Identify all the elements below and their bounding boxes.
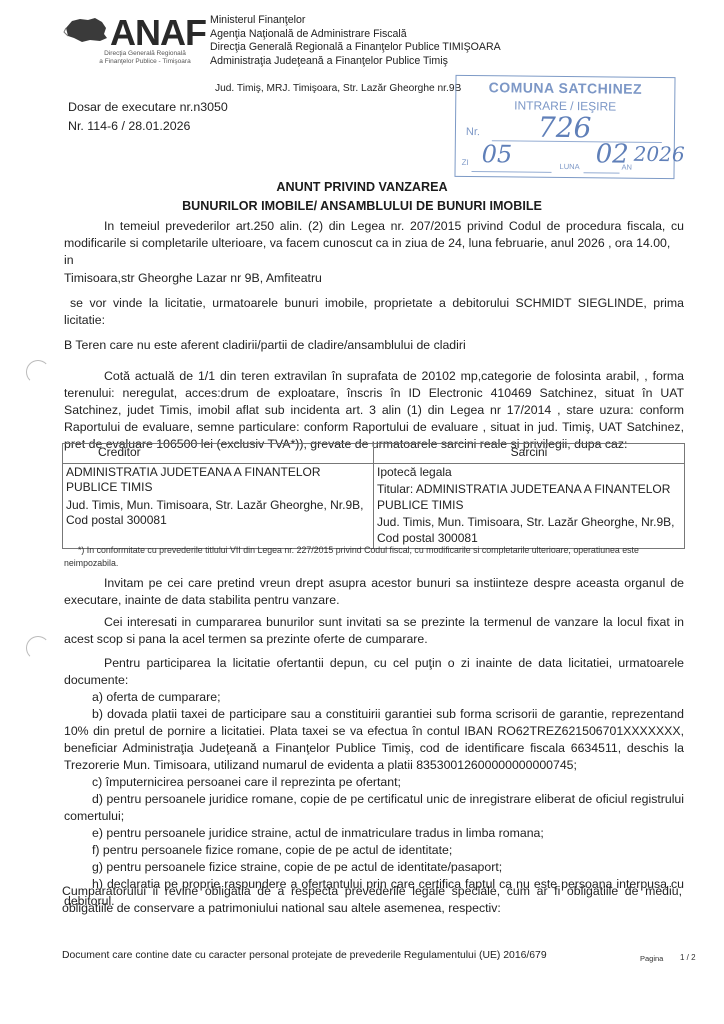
anaf-logo: ANAF Direcţia Generală Regională a Finan… bbox=[62, 10, 202, 70]
organization-block: Ministerul Finanţelor Agenţia Naţională … bbox=[210, 14, 501, 68]
logo-subtitle: Direcţia Generală Regională a Finanţelor… bbox=[90, 50, 200, 66]
encumbrances-table: Creditor Sarcini ADMINISTRATIA JUDETEANA… bbox=[62, 443, 685, 549]
dosar-number: Dosar de executare nr.n3050 bbox=[68, 98, 228, 117]
logo-text: ANAF bbox=[110, 12, 206, 54]
sarcina-holder: Titular: ADMINISTRATIA JUDETEANA A FINAN… bbox=[377, 482, 681, 513]
list-item: c) împuternicirea persoanei care il repr… bbox=[64, 774, 684, 791]
intro-in: in bbox=[64, 252, 684, 269]
creditor-name: ADMINISTRATIA JUDETEANA A FINANTELOR PUB… bbox=[66, 465, 370, 496]
list-item: g) pentru persoanele fizice straine, cop… bbox=[64, 859, 684, 876]
stamp-day-value: 05 bbox=[482, 140, 513, 168]
stamp-title: COMUNA SATCHINEZ bbox=[456, 79, 674, 97]
romania-map-icon bbox=[62, 16, 110, 44]
office-address: Jud. Timiş, MRJ. Timişoara, Str. Lazăr G… bbox=[215, 83, 461, 94]
org-line: Direcţia Generală Regională a Finanţelor… bbox=[210, 41, 501, 55]
document-subtitle: BUNURILOR IMOBILE/ ANSAMBLULUI DE BUNURI… bbox=[0, 199, 724, 213]
documents-list: a) oferta de cumparare; b) dovada platii… bbox=[64, 689, 684, 910]
stamp-nr-label: Nr. bbox=[466, 126, 480, 138]
list-item: f) pentru persoanele fizice romane, copi… bbox=[64, 842, 684, 859]
buyers-invitation: Cei interesati in cumpararea bunurilor s… bbox=[64, 614, 684, 648]
section-b-heading: B Teren care nu este aferent cladirii/pa… bbox=[64, 337, 684, 354]
list-item: b) dovada platii taxei de participare sa… bbox=[64, 706, 684, 774]
creditor-address: Jud. Timis, Mun. Timisoara, Str. Lazăr G… bbox=[66, 498, 370, 529]
stamp-year-value: 2026 bbox=[634, 142, 685, 167]
stamp-nr-value: 726 bbox=[538, 111, 592, 145]
vat-footnote: *) In conformitate cu prevederile titlul… bbox=[64, 544, 684, 570]
participation-requirements: Pentru participarea la licitatie ofertan… bbox=[64, 655, 684, 689]
document-title: ANUNT PRIVIND VANZAREA bbox=[0, 180, 724, 194]
list-item: e) pentru persoanele juridice straine, a… bbox=[64, 825, 684, 842]
stamp-divider bbox=[584, 172, 620, 173]
table-row: ADMINISTRATIA JUDETEANA A FINANTELOR PUB… bbox=[63, 463, 685, 549]
stamp-day-label: ZI bbox=[462, 158, 469, 167]
registration-stamp: COMUNA SATCHINEZ INTRARE / IEŞIRE Nr. 72… bbox=[454, 75, 675, 179]
case-reference: Dosar de executare nr.n3050 Nr. 114-6 / … bbox=[68, 98, 228, 136]
table-header-creditor: Creditor bbox=[63, 444, 374, 464]
page-number: 1 / 2 bbox=[680, 953, 696, 962]
property-description: Cotă actuală de 1/1 din teren extravilan… bbox=[64, 368, 684, 453]
buyer-obligations: Cumparatorului ii revine obligatia de a … bbox=[62, 883, 682, 917]
punch-hole-mark bbox=[26, 636, 50, 660]
punch-hole-mark bbox=[26, 360, 50, 384]
org-line: Administraţia Judeţeană a Finanţelor Pub… bbox=[210, 55, 501, 69]
table-header-row: Creditor Sarcini bbox=[63, 444, 685, 464]
table-header-sarcini: Sarcini bbox=[374, 444, 685, 464]
stamp-year-label: AN bbox=[622, 163, 633, 172]
org-line: Agenţia Naţională de Administrare Fiscal… bbox=[210, 28, 501, 42]
logo-subtitle-line: Direcţia Generală Regională bbox=[90, 50, 200, 58]
stamp-month-label: LUNA bbox=[560, 162, 580, 171]
sarcina-address: Jud. Timis, Mun. Timisoara, Str. Lazăr G… bbox=[377, 515, 681, 546]
logo-subtitle-line: a Finanţelor Publice - Timişoara bbox=[90, 58, 200, 66]
page-label: Pagina bbox=[640, 954, 663, 963]
creditor-cell: ADMINISTRATIA JUDETEANA A FINANTELOR PUB… bbox=[63, 463, 374, 549]
claims-invitation: Invitam pe cei care pretind vreun drept … bbox=[64, 575, 684, 609]
list-item: d) pentru persoanele juridice romane, co… bbox=[64, 791, 684, 825]
auction-location: Timisoara,str Gheorghe Lazar nr 9B, Amfi… bbox=[64, 270, 684, 287]
stamp-divider bbox=[472, 171, 552, 173]
sarcina-type: Ipotecă legala bbox=[377, 465, 681, 481]
sale-statement: se vor vinde la licitatie, urmatoarele b… bbox=[64, 295, 684, 329]
intro-paragraph: In temeiul prevederilor art.250 alin. (2… bbox=[64, 218, 684, 252]
org-line: Ministerul Finanţelor bbox=[210, 14, 501, 28]
list-item: a) oferta de cumparare; bbox=[64, 689, 684, 706]
sarcini-cell: Ipotecă legala Titular: ADMINISTRATIA JU… bbox=[374, 463, 685, 549]
document-number: Nr. 114-6 / 28.01.2026 bbox=[68, 117, 228, 136]
gdpr-notice: Document care contine date cu caracter p… bbox=[62, 950, 547, 961]
